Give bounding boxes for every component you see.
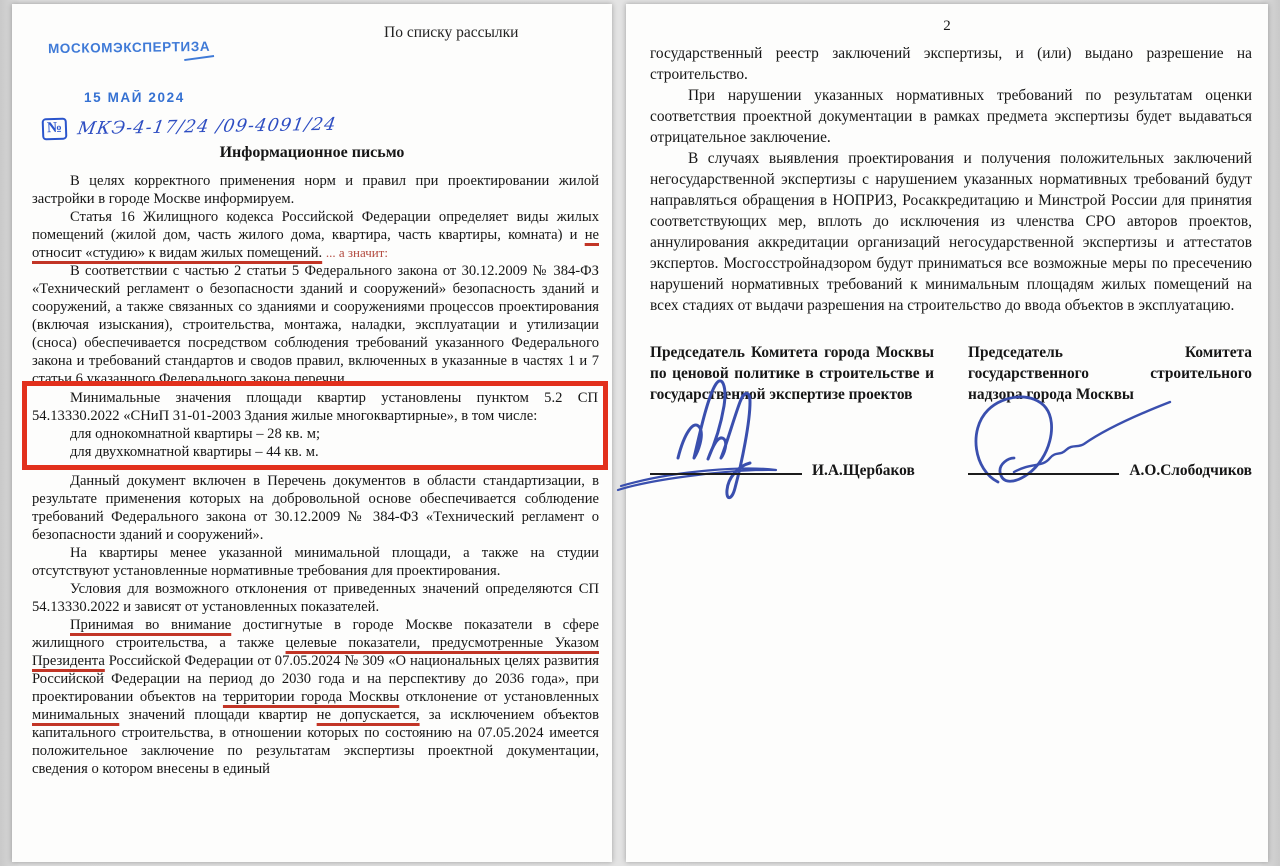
signatory-title: Председатель Комитета города Москвы по ц…: [650, 342, 934, 405]
paragraph: В целях корректного применения норм и пр…: [32, 172, 599, 208]
page-number: 2: [626, 4, 1268, 35]
letter-page-2: 2 государственный реестр заключений эксп…: [626, 4, 1268, 862]
signatory-title: Председатель Комитета государственного с…: [968, 342, 1252, 405]
paragraph: Статья 16 Жилищного кодекса Российской Ф…: [32, 208, 599, 262]
paragraph: При нарушении указанных нормативных треб…: [650, 85, 1252, 148]
highlight-item-one-room: для однокомнатной квартиры – 28 кв. м;: [32, 425, 598, 443]
paragraph: На квартиры менее указанной минимальной …: [32, 544, 599, 580]
paragraph: Условия для возможного отклонения от при…: [32, 580, 599, 616]
paragraph: Данный документ включен в Перечень докум…: [32, 472, 599, 544]
date-stamp: 15 МАЙ 2024: [84, 90, 185, 105]
signature-line: [650, 473, 802, 475]
signatory-shcherbakov: Председатель Комитета города Москвы по ц…: [650, 342, 934, 532]
signature-line: [968, 473, 1119, 475]
highlight-paragraph: Минимальные значения площади квартир уст…: [32, 389, 598, 425]
letter-body-page-2: государственный реестр заключений экспер…: [626, 43, 1268, 532]
number-sign-icon: №: [42, 118, 68, 141]
paragraph: В соответствии с частью 2 статьи 5 Федер…: [32, 262, 599, 388]
signature-block: Председатель Комитета города Москвы по ц…: [650, 342, 1252, 532]
signature-line-row: А.О.Слободчиков: [968, 460, 1252, 481]
paragraph: государственный реестр заключений экспер…: [650, 43, 1252, 85]
letter-page-1: МОСКОМЭКСПЕРТИЗА 15 МАЙ 2024 № МКЭ-4-17/…: [12, 4, 612, 862]
letter-body-page-1: В целях корректного применения норм и пр…: [12, 172, 612, 778]
signatory-name: А.О.Слободчиков: [1129, 460, 1252, 481]
org-stamp: МОСКОМЭКСПЕРТИЗА: [48, 39, 210, 56]
highlight-item-two-room: для двухкомнатной квартиры – 44 кв. м.: [32, 443, 598, 461]
distribution-note: По списку рассылки: [384, 24, 518, 42]
document-number: № МКЭ-4-17/24 /09-4091/24: [42, 116, 336, 140]
letter-header: МОСКОМЭКСПЕРТИЗА 15 МАЙ 2024 № МКЭ-4-17/…: [12, 4, 612, 172]
handwritten-number: МКЭ-4-17/24 /09-4091/24: [76, 115, 338, 140]
signatory-slobodchikov: Председатель Комитета государственного с…: [968, 342, 1252, 532]
paragraph: В случаях выявления проектирования и пол…: [650, 148, 1252, 316]
letter-title: Информационное письмо: [12, 144, 612, 162]
signatory-name: И.А.Щербаков: [812, 460, 915, 481]
signature-line-row: И.А.Щербаков: [650, 460, 934, 481]
highlight-box: Минимальные значения площади квартир уст…: [22, 381, 608, 470]
paragraph: Принимая во внимание достигнутые в город…: [32, 616, 599, 778]
